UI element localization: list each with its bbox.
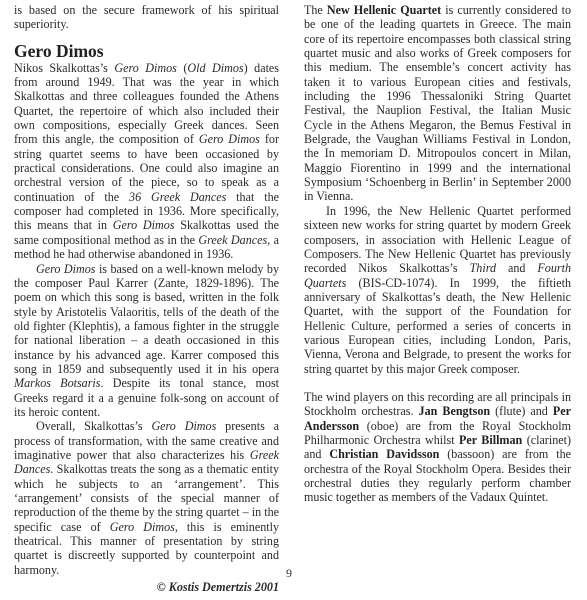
work-title: Gero Dimos [199, 132, 260, 146]
text: (flute) and [490, 404, 553, 418]
text: (BIS-CD-1074). In 1999, the fiftieth ann… [304, 276, 571, 376]
work-title: Gero Dimos [110, 520, 175, 534]
author-credit: © Kostis Demertzis 2001 [14, 580, 279, 594]
left-column: is based on the secure framework of his … [14, 3, 279, 594]
text: is currently considered to be one of the… [304, 3, 571, 203]
text: and [496, 261, 537, 275]
quartet-paragraph-1: The New Hellenic Quartet is currently co… [304, 3, 571, 204]
work-title: Greek Dances [198, 233, 267, 247]
page-number: 9 [286, 566, 292, 580]
intro-tail-paragraph: is based on the secure framework of his … [14, 3, 279, 32]
text: ( [177, 61, 188, 75]
ensemble-name: New Hellenic Quartet [327, 3, 441, 17]
right-column: The New Hellenic Quartet is currently co… [304, 3, 571, 505]
work-title: Gero Dimos [36, 262, 95, 276]
performer-name: Christian Davidsson [329, 447, 439, 461]
section-heading-gero-dimos: Gero Dimos [14, 42, 279, 60]
work-title: Old Dimos [187, 61, 243, 75]
gero-dimos-paragraph-3: Overall, Skalkottas’s Gero Dimos present… [14, 419, 279, 577]
wind-players-paragraph: The wind players on this recording are a… [304, 390, 571, 505]
gero-dimos-paragraph-2: Gero Dimos is based on a well-known melo… [14, 262, 279, 420]
text: The [304, 3, 327, 17]
paragraph-spacer [304, 376, 571, 390]
work-title: Gero Dimos [113, 218, 175, 232]
work-title: Markos Botsaris [14, 376, 101, 390]
performer-name: Jan Bengtson [419, 404, 491, 418]
work-title: Gero Dimos [114, 61, 177, 75]
work-title: 36 Greek Dances [129, 190, 226, 204]
text: is based on a well-known melody by the c… [14, 262, 279, 376]
text: Overall, Skalkottas’s [36, 419, 151, 433]
work-title: Third [470, 261, 496, 275]
performer-name: Per Billman [459, 433, 522, 447]
text: Nikos Skalkottas’s [14, 61, 114, 75]
quartet-paragraph-2: In 1996, the New Hellenic Quartet perfor… [304, 204, 571, 376]
gero-dimos-paragraph-1: Nikos Skalkottas’s Gero Dimos (Old Dimos… [14, 61, 279, 262]
work-title: Gero Dimos [151, 419, 216, 433]
